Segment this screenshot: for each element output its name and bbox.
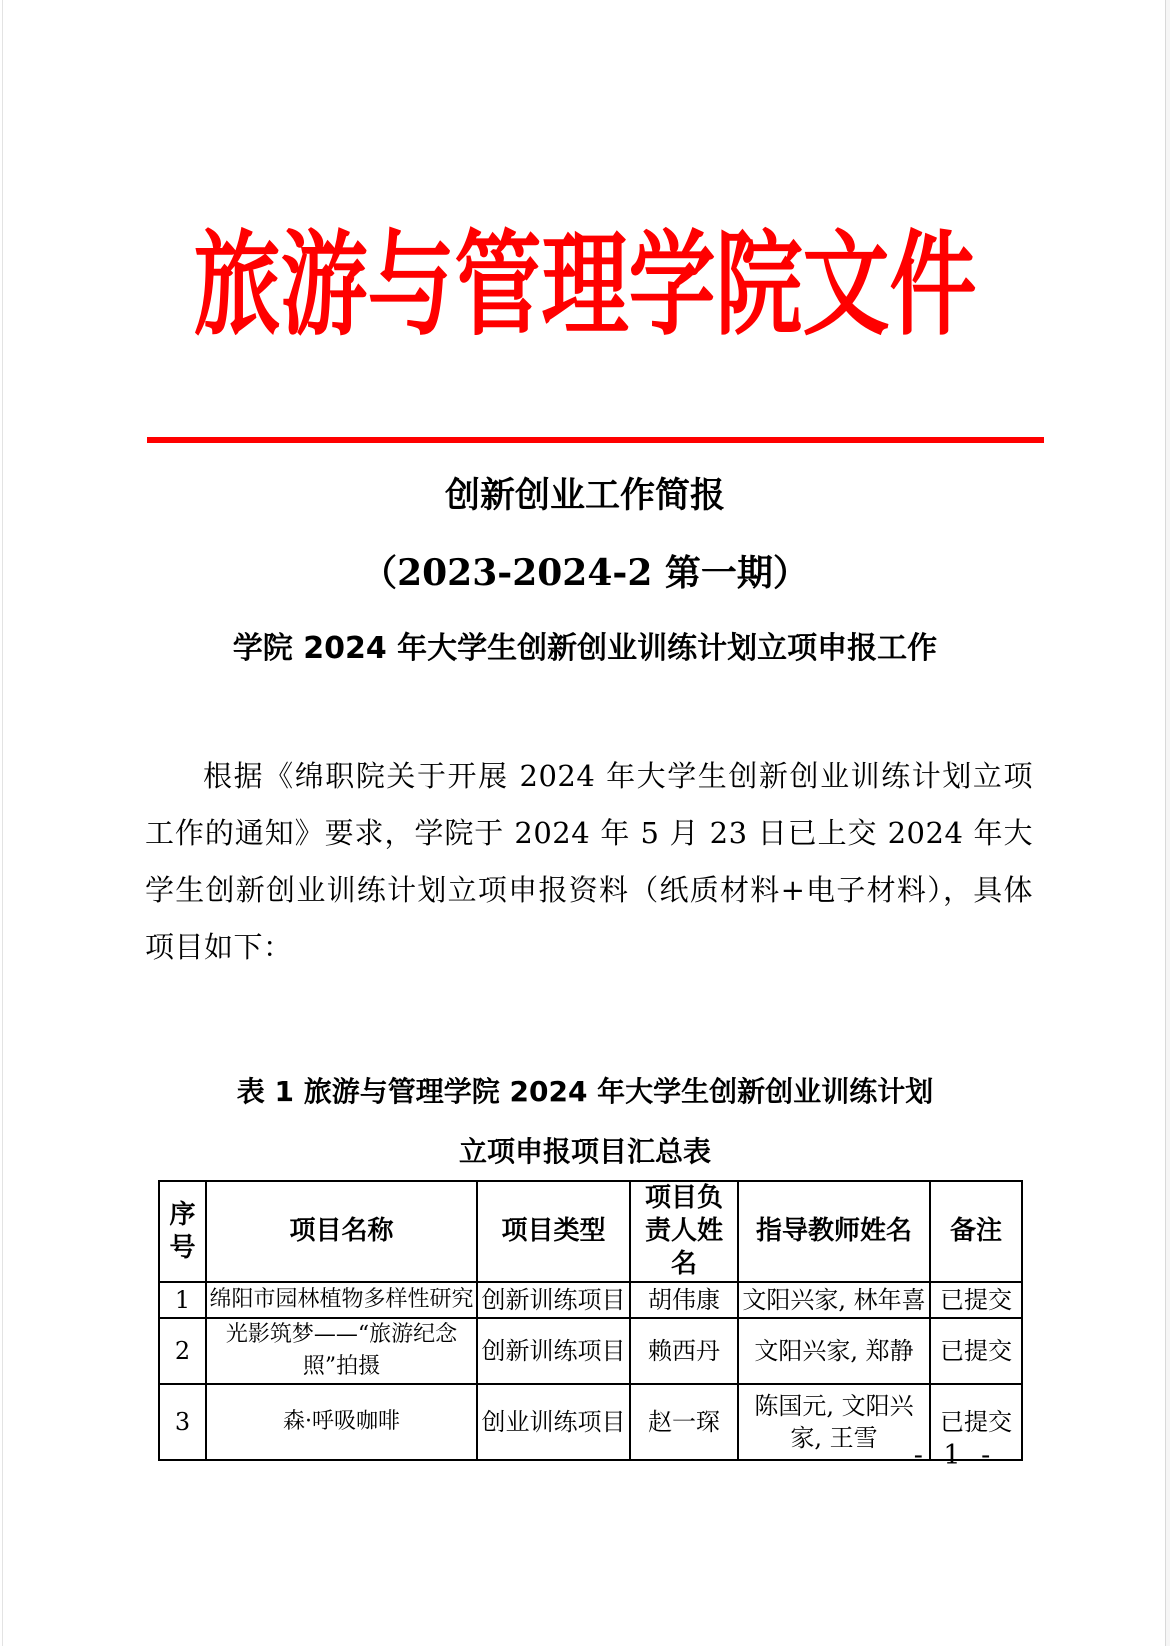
cell-teachers: 文阳兴家, 郑静 — [738, 1318, 930, 1384]
col-header-type: 项目类型 — [477, 1181, 630, 1282]
cell-project-type: 创新训练项目 — [477, 1318, 630, 1384]
cell-project-name: 森·呼吸咖啡 — [206, 1384, 477, 1460]
subject-line: 学院 2024 年大学生创新创业训练计划立项申报工作 — [0, 630, 1170, 668]
cell-no: 1 — [159, 1282, 206, 1318]
table-row: 1 绵阳市园林植物多样性研究 创新训练项目 胡伟康 文阳兴家, 林年喜 已提交 — [159, 1282, 1022, 1318]
cell-no: 2 — [159, 1318, 206, 1384]
cell-project-type: 创新训练项目 — [477, 1282, 630, 1318]
col-header-teachers: 指导教师姓名 — [738, 1181, 930, 1282]
banner-title: 旅游与管理学院文件 — [0, 228, 1170, 341]
red-divider-rule — [147, 437, 1044, 443]
body-paragraph: 根据《绵职院关于开展 2024 年大学生创新创业训练计划立项工作的通知》要求，学… — [145, 748, 1033, 976]
cell-project-name: 绵阳市园林植物多样性研究 — [206, 1282, 477, 1318]
cell-leader: 胡伟康 — [630, 1282, 738, 1318]
table-caption-line2: 立项申报项目汇总表 — [0, 1130, 1170, 1170]
col-header-remark: 备注 — [930, 1181, 1022, 1282]
table-row: 2 光影筑梦——“旅游纪念照”拍摄 创新训练项目 赖西丹 文阳兴家, 郑静 已提… — [159, 1318, 1022, 1384]
col-header-name: 项目名称 — [206, 1181, 477, 1282]
project-summary-table: 序号 项目名称 项目类型 项目负责人姓名 指导教师姓名 备注 1 绵阳市园林植物… — [158, 1180, 1023, 1461]
cell-remark: 已提交 — [930, 1318, 1022, 1384]
col-header-no: 序号 — [159, 1181, 206, 1282]
cell-leader: 赖西丹 — [630, 1318, 738, 1384]
cell-project-type: 创业训练项目 — [477, 1384, 630, 1460]
cell-leader: 赵一琛 — [630, 1384, 738, 1460]
col-header-leader: 项目负责人姓名 — [630, 1181, 738, 1282]
document-title: 创新创业工作简报 — [0, 476, 1170, 516]
issue-line: （2023-2024-2 第一期） — [0, 551, 1170, 595]
cell-project-name: 光影筑梦——“旅游纪念照”拍摄 — [206, 1318, 477, 1384]
cell-remark: 已提交 — [930, 1282, 1022, 1318]
table-header-row: 序号 项目名称 项目类型 项目负责人姓名 指导教师姓名 备注 — [159, 1181, 1022, 1282]
page-number: - 1 - — [880, 1440, 1030, 1471]
cell-teachers: 文阳兴家, 林年喜 — [738, 1282, 930, 1318]
cell-no: 3 — [159, 1384, 206, 1460]
table-caption-line1: 表 1 旅游与管理学院 2024 年大学生创新创业训练计划 — [0, 1070, 1170, 1110]
